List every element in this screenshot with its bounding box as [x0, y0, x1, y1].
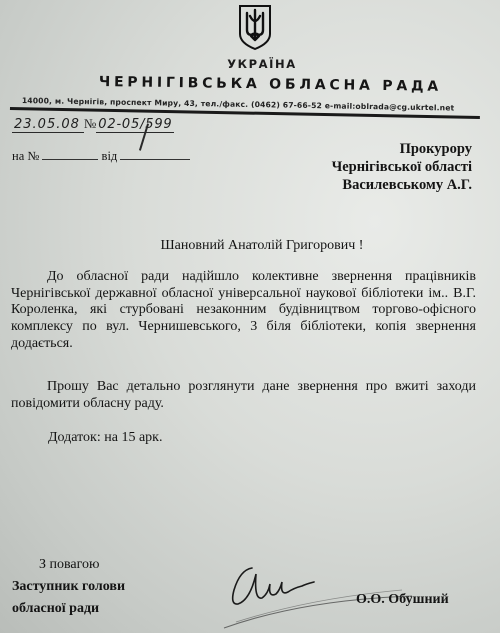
- registration-number: 02-05/599: [96, 117, 174, 133]
- recipient-block: Прокурору Чернігівської області Василевс…: [332, 140, 472, 194]
- signer-title-line: Заступник голови: [12, 576, 125, 598]
- reference-date-label: від: [102, 149, 118, 163]
- reference-date-blank: [120, 149, 190, 160]
- closing-regards: З повагою: [12, 554, 125, 576]
- signer-name: О.О. Обушний: [356, 592, 449, 608]
- number-sign: №: [84, 116, 96, 131]
- letterhead-council-name: ЧЕРНІГІВСЬКА ОБЛАСНА РАДА: [99, 74, 442, 95]
- signer-title-line: обласної ради: [12, 598, 125, 620]
- body-paragraph: До обласної ради надійшло колективне зве…: [11, 269, 476, 353]
- recipient-line: Чернігівської області: [332, 158, 472, 176]
- attachment-note: Додаток: на 15 арк.: [48, 430, 162, 446]
- salutation: Шановний Анатолій Григорович !: [12, 238, 500, 254]
- recipient-line: Прокурору: [332, 140, 472, 158]
- body-paragraph: Прошу Вас детально розглянути дане зверн…: [11, 379, 476, 412]
- reference-line: на № від: [12, 149, 190, 164]
- reference-number-label: на №: [12, 149, 39, 163]
- trident-coat-of-arms-icon: [237, 4, 273, 51]
- recipient-line: Василевському А.Г.: [332, 176, 472, 194]
- signature-block: З повагою Заступник голови обласної ради: [12, 554, 125, 620]
- reference-number-blank: [42, 149, 98, 160]
- letterhead-country: УКРАЇНА: [12, 57, 500, 71]
- registration-line: 23.05.08№02-05/599: [12, 116, 174, 138]
- registration-date: 23.05.08: [12, 117, 84, 133]
